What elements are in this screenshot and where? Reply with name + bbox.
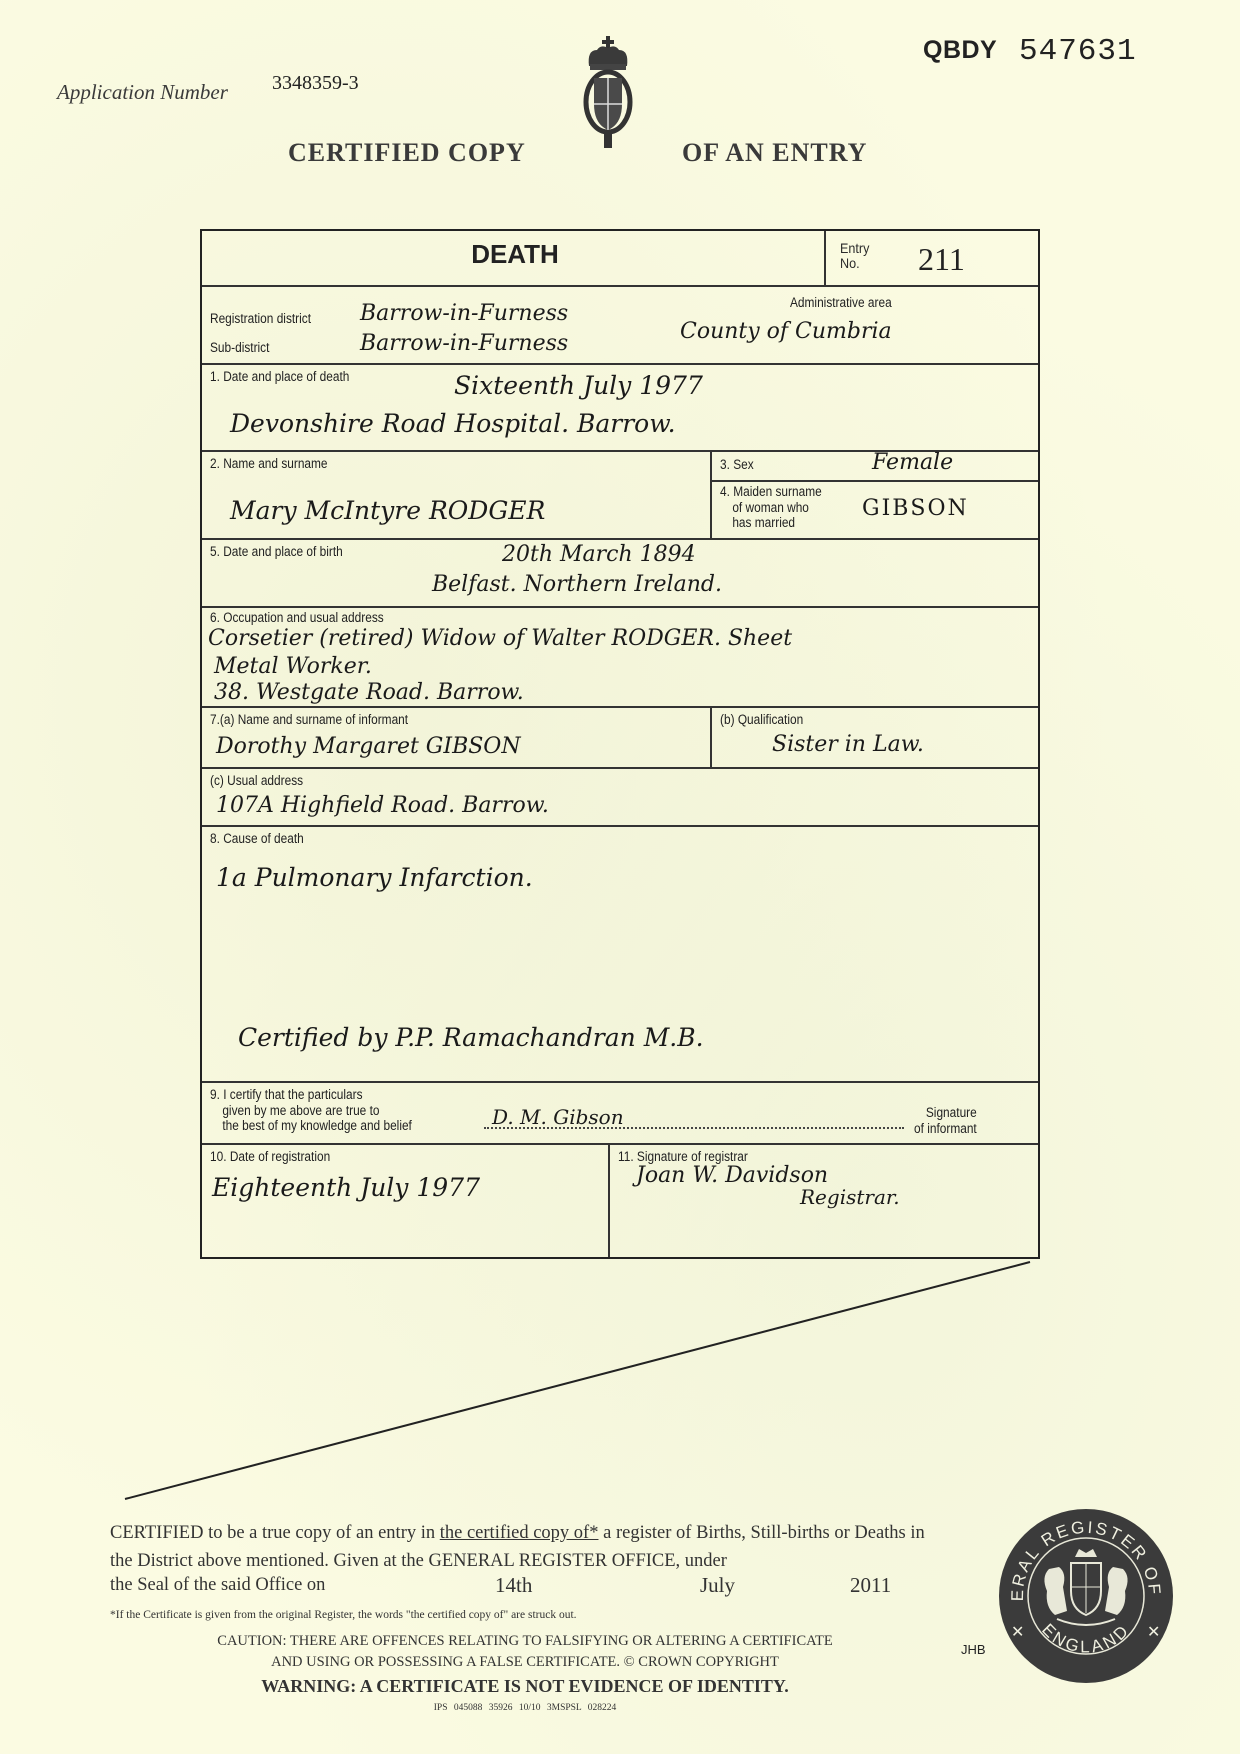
usual-address-value: 38. Westgate Road. Barrow. [214, 680, 524, 705]
informant-address-value: 107A Highfield Road. Barrow. [216, 793, 549, 818]
application-number-label: Application Number [57, 80, 228, 105]
issuer-initials: JHB [961, 1642, 986, 1657]
field-2-4-row: 2. Name and surname Mary McIntyre RODGER… [202, 452, 1038, 540]
given-month: July [700, 1573, 735, 1598]
application-number: 3348359-3 [272, 72, 359, 95]
form-type-title: DEATH [202, 239, 828, 270]
occupation-address-label: 6. Occupation and usual address [210, 610, 384, 626]
svg-text:✕: ✕ [1147, 1624, 1160, 1641]
occupation-line-2: Metal Worker. [214, 654, 372, 679]
entry-number-cell: Entry No. 211 [824, 231, 1038, 285]
sex-maiden-cell: 3. Sex Female 4. Maiden surname of woman… [710, 452, 1038, 538]
field-9-row: 9. I certify that the particulars given … [202, 1083, 1038, 1145]
signature-of-informant-label: Signature of informant [914, 1105, 977, 1136]
admin-area-label: Administrative area [790, 295, 892, 311]
caution-line-1: CAUTION: THERE ARE OFFENCES RELATING TO … [110, 1631, 940, 1652]
sex-value: Female [872, 450, 953, 475]
title-of-an-entry: OF AN ENTRY [682, 138, 867, 168]
sub-district-value: Barrow-in-Furness [360, 331, 568, 356]
sig-label-line2: of informant [914, 1121, 977, 1137]
place-of-birth-value: Belfast. Northern Ireland. [432, 572, 722, 597]
certification-statement: CERTIFIED to be a true copy of an entry … [110, 1519, 940, 1575]
qualification-cell: (b) Qualification Sister in Law. [710, 708, 1038, 767]
certify-line1: 9. I certify that the particulars [210, 1087, 412, 1103]
field-5-row: 5. Date and place of birth 20th March 18… [202, 540, 1038, 608]
registration-district-label: Registration district [210, 311, 311, 327]
svg-text:✕: ✕ [1011, 1624, 1024, 1641]
qualification-label: (b) Qualification [720, 712, 803, 728]
general-register-office-seal-icon: GENERAL REGISTER OFFICE ENGLAND ✕ ✕ [997, 1507, 1175, 1685]
cause-of-death-value: 1a Pulmonary Infarction. [216, 863, 533, 892]
caution-line-2: AND USING OR POSSESSING A FALSE CERTIFIC… [110, 1652, 940, 1673]
informant-name-label: 7.(a) Name and surname of informant [210, 712, 408, 728]
registrar-title: Registrar. [800, 1185, 900, 1209]
name-surname-label: 2. Name and surname [210, 456, 328, 472]
maiden-label-line2: of woman who [720, 500, 822, 516]
serial-number: 547631 [1019, 34, 1137, 69]
entry-label-line2: No. [840, 256, 869, 271]
field-6-row: 6. Occupation and usual address Corsetie… [202, 608, 1038, 708]
ips-code: IPS 045088 35926 10/10 3MSPSL 028224 [110, 1703, 940, 1713]
footnote: *If the Certificate is given from the or… [110, 1609, 577, 1621]
district-row: Registration district Barrow-in-Furness … [202, 287, 1038, 365]
given-prefix: the Seal of the said Office on [110, 1575, 325, 1595]
registrar-cell: 11. Signature of registrar Joan W. David… [608, 1145, 1038, 1257]
given-day: 14th [495, 1573, 532, 1598]
date-place-of-birth-label: 5. Date and place of birth [210, 544, 343, 560]
sex-subrow: 3. Sex Female [712, 452, 1038, 482]
certify-statement-label: 9. I certify that the particulars given … [210, 1087, 412, 1134]
field-7c-row: (c) Usual address 107A Highfield Road. B… [202, 769, 1038, 827]
serial-prefix: QBDY [923, 36, 997, 65]
field-10-11-row: 10. Date of registration Eighteenth July… [202, 1145, 1038, 1257]
cert-text-1: CERTIFIED to be a true copy of an entry … [110, 1523, 440, 1543]
field-1-row: 1. Date and place of death Sixteenth Jul… [202, 365, 1038, 452]
entry-number: 211 [918, 241, 965, 278]
entry-label-line1: Entry [840, 241, 869, 256]
informant-address-label: (c) Usual address [210, 773, 303, 789]
sub-district-label: Sub-district [210, 340, 269, 356]
informant-name-value: Dorothy Margaret GIBSON [216, 734, 521, 759]
date-of-registration-label: 10. Date of registration [210, 1149, 330, 1165]
field-8-row: 8. Cause of death 1a Pulmonary Infarctio… [202, 827, 1038, 1083]
date-of-registration-value: Eighteenth July 1977 [212, 1173, 480, 1202]
name-surname-value: Mary McIntyre RODGER [230, 496, 545, 525]
identity-warning: WARNING: A CERTIFICATE IS NOT EVIDENCE O… [110, 1676, 940, 1697]
admin-area-value: County of Cumbria [680, 319, 892, 344]
place-of-death-value: Devonshire Road Hospital. Barrow. [230, 409, 676, 438]
title-certified-copy: CERTIFIED COPY [288, 138, 526, 168]
royal-crest-icon [583, 34, 633, 152]
informant-signature: D. M. Gibson [492, 1105, 624, 1129]
occupation-line-1: Corsetier (retired) Widow of Walter RODG… [208, 626, 792, 651]
caution-notice: CAUTION: THERE ARE OFFENCES RELATING TO … [110, 1631, 940, 1673]
maiden-surname-label: 4. Maiden surname of woman who has marri… [720, 484, 822, 531]
entry-no-label: Entry No. [840, 241, 869, 270]
date-place-of-death-label: 1. Date and place of death [210, 369, 349, 385]
maiden-label-line3: has married [720, 515, 822, 531]
qualification-value: Sister in Law. [772, 732, 924, 757]
cert-underlined-text: the certified copy of* [440, 1523, 599, 1543]
certify-line3: the best of my knowledge and belief [210, 1118, 412, 1134]
cause-of-death-label: 8. Cause of death [210, 831, 304, 847]
sig-label-line1: Signature [914, 1105, 977, 1121]
death-entry-form: DEATH Entry No. 211 Registration distric… [200, 229, 1040, 1259]
given-year: 2011 [850, 1573, 891, 1598]
sex-label: 3. Sex [720, 457, 754, 473]
certify-line2: given by me above are true to [210, 1103, 412, 1119]
maiden-surname-value: GIBSON [862, 496, 969, 521]
date-of-death-value: Sixteenth July 1977 [454, 371, 703, 400]
form-header-row: DEATH Entry No. 211 [202, 231, 1038, 287]
maiden-label-line1: 4. Maiden surname [720, 484, 822, 500]
given-on-row: the Seal of the said Office on 14th July… [110, 1575, 940, 1596]
certified-by-value: Certified by P.P. Ramachandran M.B. [238, 1023, 704, 1052]
field-7ab-row: 7.(a) Name and surname of informant Doro… [202, 708, 1038, 769]
registration-district-value: Barrow-in-Furness [360, 301, 568, 326]
date-of-birth-value: 20th March 1894 [502, 542, 696, 567]
